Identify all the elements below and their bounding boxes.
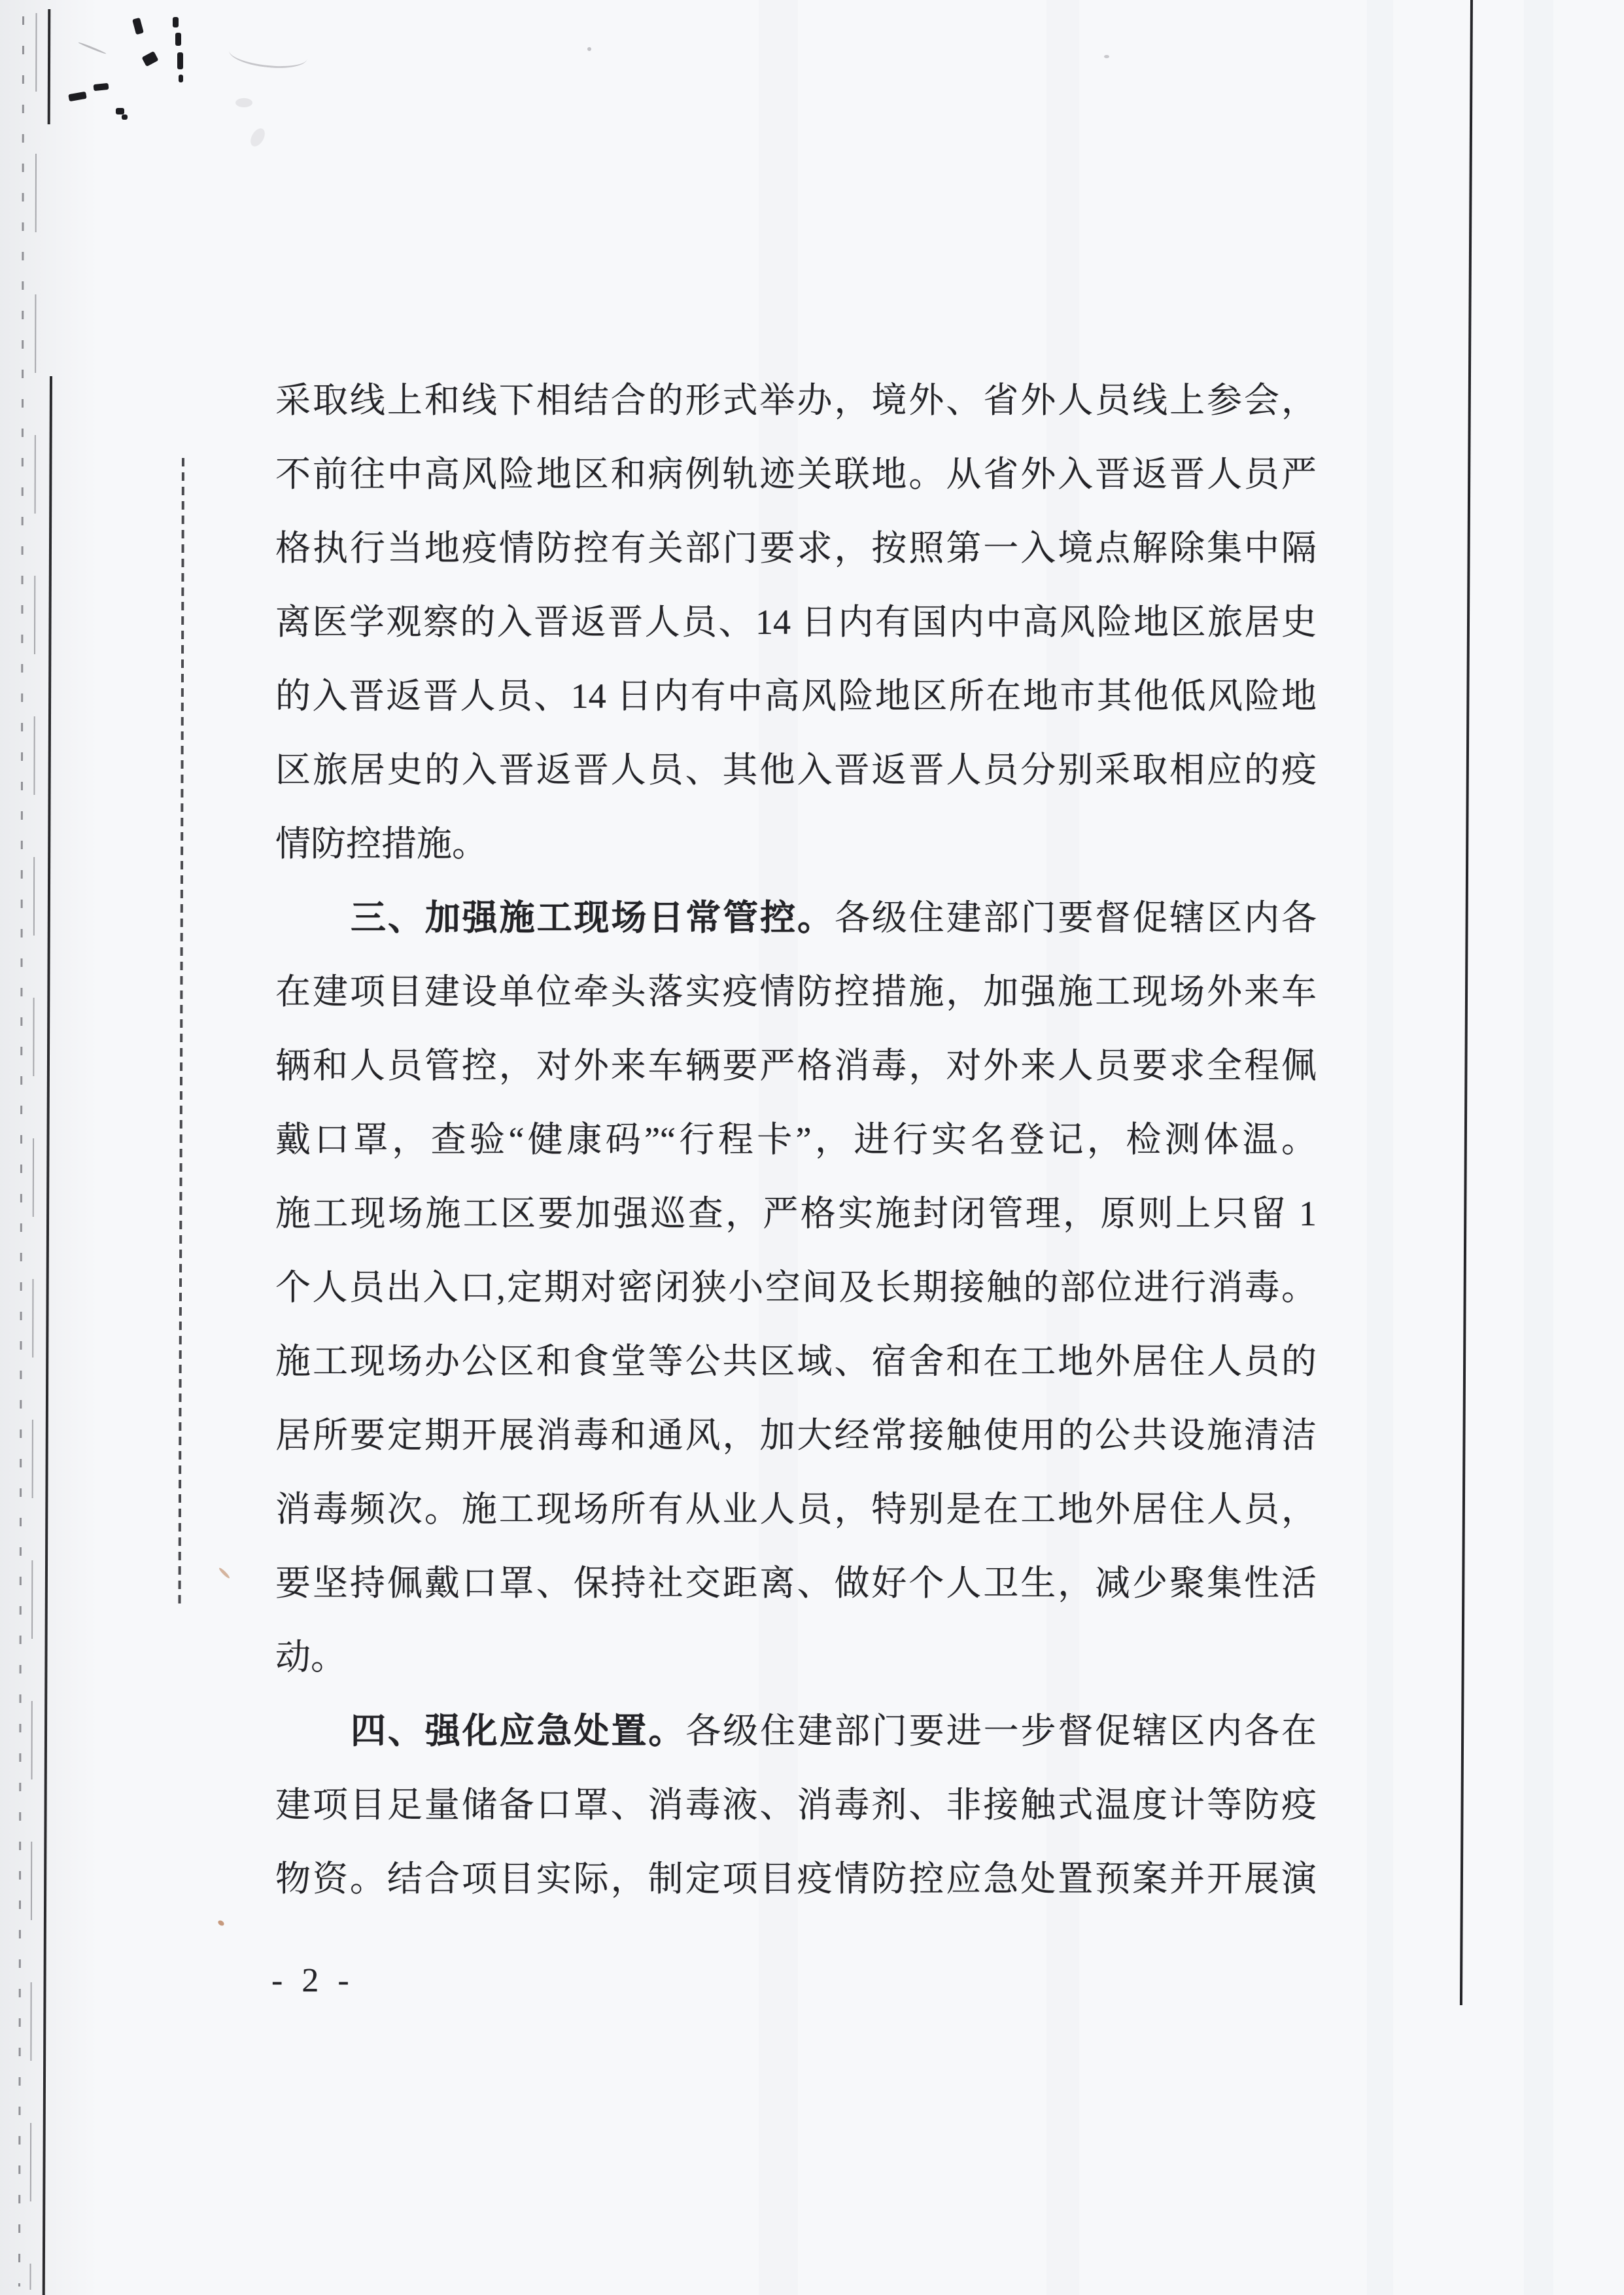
ink-speck [132,18,144,35]
scan-artifact-left-line-top [48,9,51,124]
text-line: 在建项目建设单位牵头落实疫情防控措施，加强施工现场外来车 [275,955,1317,1029]
text-line: 建项目足量储备口罩、消毒液、消毒剂、非接触式温度计等防疫 [275,1768,1317,1842]
ink-speck [175,33,181,46]
pencil-scratch [228,38,308,71]
text-line: 个人员出入口,定期对密闭狭小空间及长期接触的部位进行消毒。 [275,1251,1317,1325]
document-body: 采取线上和线下相结合的形式举办，境外、省外人员线上参会， 不前往中高风险地区和病… [275,364,1317,1916]
ink-speck [116,108,124,114]
text-line: 离医学观察的入晋返晋人员、14 日内有国内中高风险地区旅居史 [275,586,1317,659]
scan-artifact-left-line [43,376,52,2295]
ink-speck [94,83,109,91]
text-line: 施工现场施工区要加强巡查，严格实施封闭管理，原则上只留 1 [275,1177,1317,1251]
text-line: 辆和人员管控，对外来车辆要严格消毒，对外来人员要求全程佩 [275,1029,1317,1103]
text-line: 要坚持佩戴口罩、保持社交距离、做好个人卫生，减少聚集性活 [275,1547,1317,1621]
ink-speck [68,92,86,102]
paper-smudge [248,126,268,149]
scanned-page: 采取线上和线下相结合的形式举办，境外、省外人员线上参会， 不前往中高风险地区和病… [0,0,1624,2295]
text-line: 区旅居史的入晋返晋人员、其他入晋返晋人员分别采取相应的疫 [275,733,1317,807]
text-line: 居所要定期开展消毒和通风，加大经常接触使用的公共设施清洁 [275,1399,1317,1473]
text-line: 的入晋返晋人员、14 日内有中高风险地区所在地市其他低风险地 [275,659,1317,733]
ink-speck [122,114,128,120]
pencil-scratch [78,41,107,54]
page-number: - 2 - [271,1963,354,1999]
ink-speck-beige [218,1567,230,1579]
section-heading-line: 四、强化应急处置。各级住建部门要进一步督促辖区内各在 [275,1694,1317,1768]
text-line: 戴口罩，查验“健康码”“行程卡”，进行实名登记，检测体温。 [275,1103,1317,1177]
section-heading-line: 三、加强施工现场日常管控。各级住建部门要督促辖区内各 [275,881,1317,955]
paper-smudge [1104,55,1109,58]
text-line: 施工现场办公区和食堂等公共区域、宿舍和在工地外居住人员的 [275,1325,1317,1399]
text-line: 格执行当地疫情防控有关部门要求，按照第一入境点解除集中隔 [275,512,1317,586]
paper-smudge [587,47,591,51]
ink-speck [177,52,183,69]
paper-streak [1524,0,1553,2295]
paper-smudge [235,98,252,107]
ink-speck [173,17,179,27]
ink-speck [141,51,158,67]
text-line: 不前往中高风险地区和病例轨迹关联地。从省外入晋返晋人员严 [275,438,1317,512]
ink-speck-orange [217,1919,225,1927]
text-line: 消毒频次。施工现场所有从业人员，特别是在工地外居住人员， [275,1473,1317,1547]
text-line: 物资。结合项目实际，制定项目疫情防控应急处置预案并开展演 [275,1842,1317,1916]
scan-artifact-dashed-line [18,16,24,2286]
ink-speck [179,75,183,82]
text-line: 情防控措施。 [275,807,1317,881]
scan-artifact-thin-line [29,13,37,2290]
scan-artifact-dotted-line [178,458,184,1606]
text-line: 采取线上和线下相结合的形式举办，境外、省外人员线上参会， [275,364,1317,438]
scan-artifact-right-edge-line [1460,0,1473,2005]
paper-streak [1367,0,1393,2295]
text-line: 动。 [275,1621,1317,1694]
